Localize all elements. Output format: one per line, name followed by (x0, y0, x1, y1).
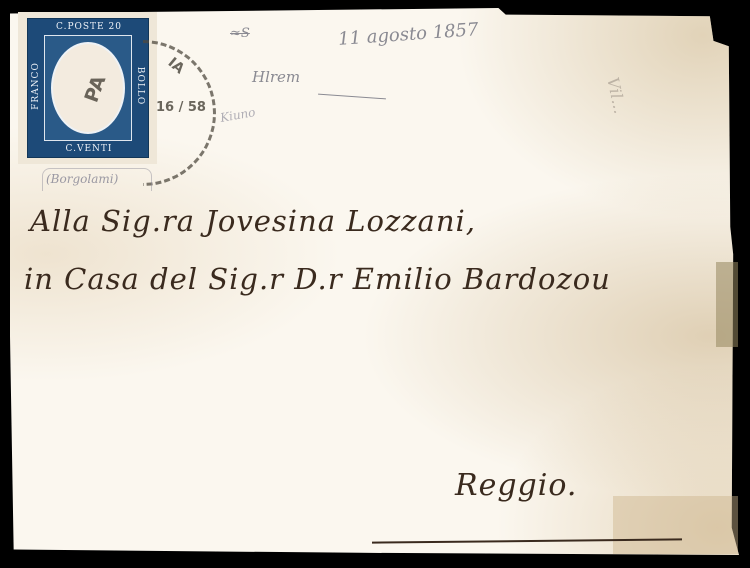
pencil-note: Hlrem (252, 68, 300, 86)
pencil-origin-note: (Borgolami) (46, 172, 118, 186)
stamp-bottom-text: C.VENTI (44, 144, 134, 154)
address-line-2: in Casa del Sig.r D.r Emilio Bardozou (24, 262, 611, 296)
pencil-mark-crossed: ≈S (230, 26, 250, 41)
stamp-top-text: C.POSTE 20 (44, 22, 134, 32)
address-line-1: Alla Sig.ra Jovesina Lozzani, (30, 204, 476, 238)
age-stain (613, 496, 738, 554)
postmark-date: 16 / 58 (156, 100, 206, 115)
tape-stain (716, 262, 738, 347)
address-city: Reggio. (455, 468, 577, 503)
stamp-left-text: FRANCO (31, 41, 41, 131)
